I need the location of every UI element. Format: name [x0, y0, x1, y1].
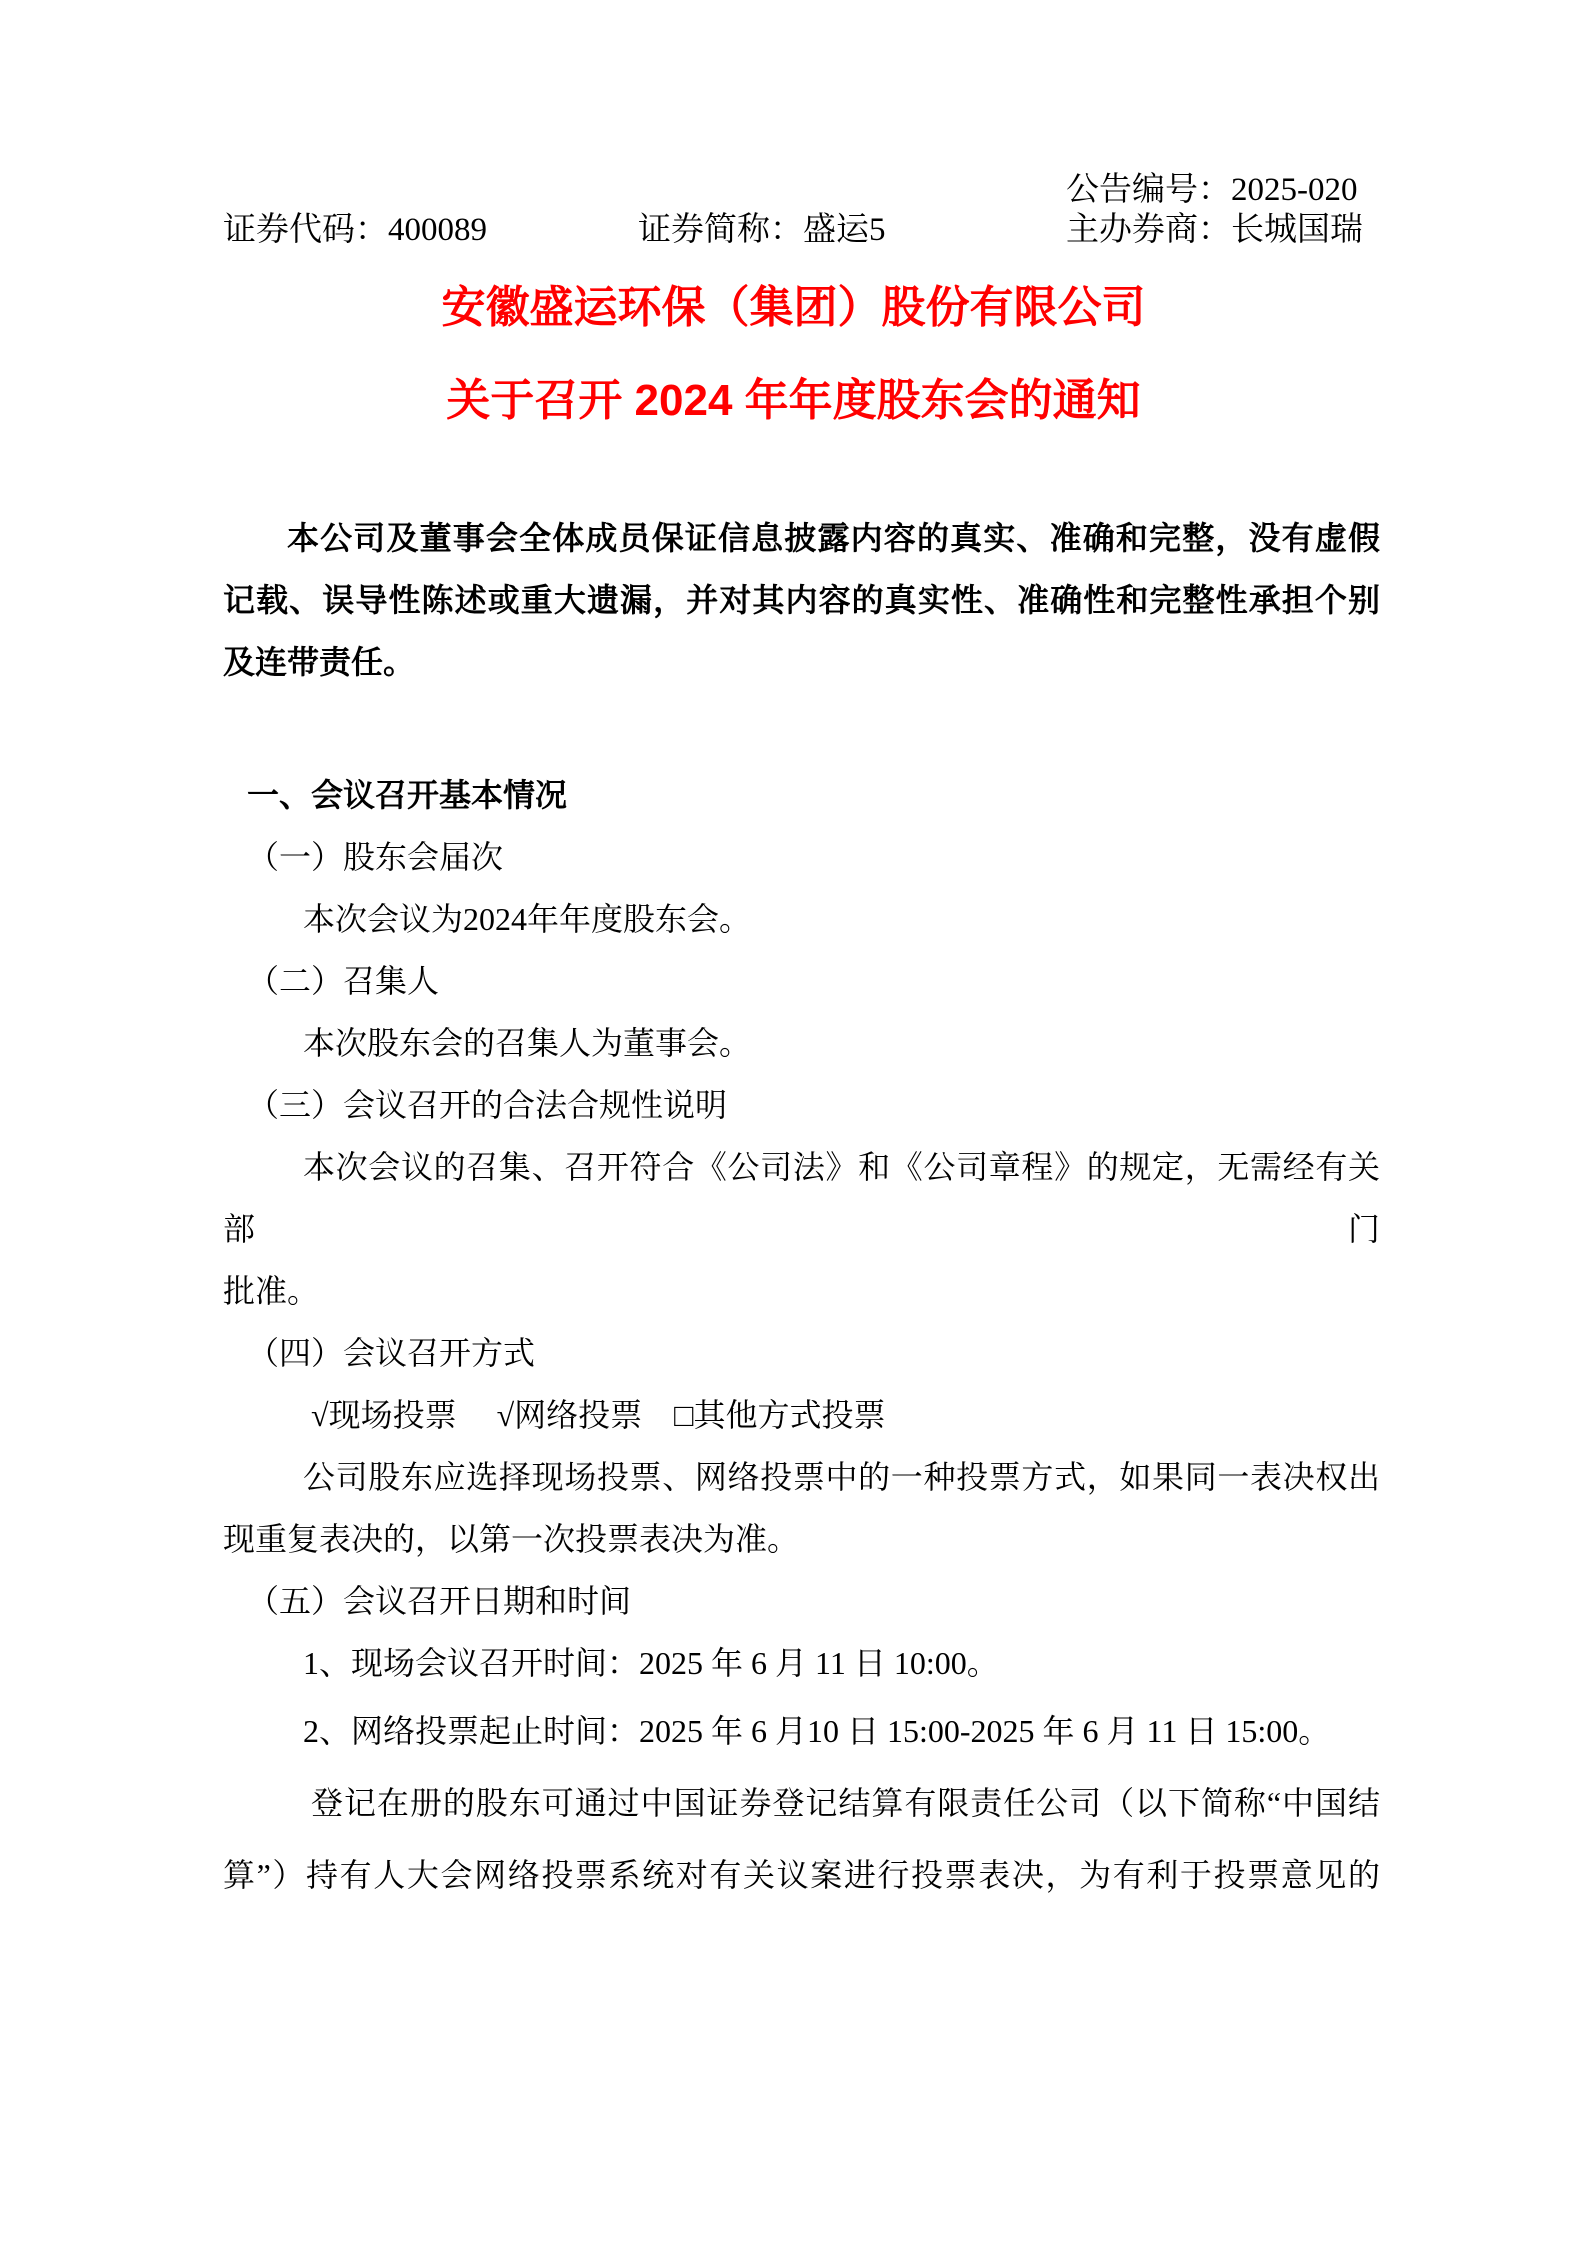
body-line: 2、网络投票起止时间：2025 年 6 月10 日 15:00-2025 年 6… — [223, 1700, 1380, 1762]
body-line: 登记在册的股东可通过中国证券登记结算有限责任公司（以下简称“中国结 — [223, 1772, 1380, 1834]
stock-code-value: 400089 — [388, 212, 487, 248]
notice-title: 关于召开 2024 年年度股东会的通知 — [0, 375, 1587, 428]
subsection-heading: （一）股东会届次 — [223, 826, 1380, 888]
sponsor-broker-value: 长城国瑞 — [1231, 212, 1363, 248]
document-page: 公告编号：2025-020 证券代码：400089 证券简称：盛运5 主办券商：… — [0, 0, 1587, 2245]
body-line: 批准。 — [223, 1260, 1380, 1322]
sponsor-broker-label: 主办券商： — [1066, 212, 1231, 248]
declaration-line: 及连带责任。 — [223, 631, 1380, 693]
subsection-heading: （二）召集人 — [223, 950, 1380, 1012]
stock-code: 证券代码：400089 — [223, 214, 487, 247]
body-line: 本次股东会的召集人为董事会。 — [223, 1012, 1380, 1074]
stock-abbreviation-label: 证券简称： — [638, 212, 803, 248]
sponsor-broker: 主办券商：长城国瑞 — [1066, 214, 1363, 247]
stock-abbreviation-value: 盛运5 — [803, 212, 886, 248]
body-line: 1、现场会议召开时间：2025 年 6 月 11 日 10:00。 — [223, 1632, 1380, 1694]
declaration-line: 记载、误导性陈述或重大遗漏，并对其内容的真实性、准确性和完整性承担个别 — [223, 569, 1380, 631]
body-line: 公司股东应选择现场投票、网络投票中的一种投票方式，如果同一表决权出 — [223, 1446, 1380, 1508]
subsection-heading: （五）会议召开日期和时间 — [223, 1570, 1380, 1632]
announcement-number: 公告编号：2025-020 — [1066, 174, 1358, 207]
body-line: 本次会议的召集、召开符合《公司法》和《公司章程》的规定，无需经有关部门 — [223, 1136, 1380, 1260]
stock-abbreviation: 证券简称：盛运5 — [638, 214, 886, 247]
subsection-heading: （三）会议召开的合法合规性说明 — [223, 1074, 1380, 1136]
vote-options-line: √现场投票 √网络投票 □其他方式投票 — [223, 1384, 1380, 1446]
document-body: 本公司及董事会全体成员保证信息披露内容的真实、准确和完整，没有虚假 记载、误导性… — [223, 507, 1380, 1906]
section-heading: 一、会议召开基本情况 — [223, 764, 1380, 826]
subsection-heading: （四）会议召开方式 — [223, 1322, 1380, 1384]
body-line: 现重复表决的，以第一次投票表决为准。 — [223, 1508, 1380, 1570]
stock-code-label: 证券代码： — [223, 212, 388, 248]
company-name-title: 安徽盛运环保（集团）股份有限公司 — [0, 282, 1587, 335]
body-line: 算”）持有人大会网络投票系统对有关议案进行投票表决，为有利于投票意见的 — [223, 1844, 1380, 1906]
body-line: 本次会议为2024年年度股东会。 — [223, 888, 1380, 950]
declaration-line: 本公司及董事会全体成员保证信息披露内容的真实、准确和完整，没有虚假 — [223, 507, 1380, 569]
